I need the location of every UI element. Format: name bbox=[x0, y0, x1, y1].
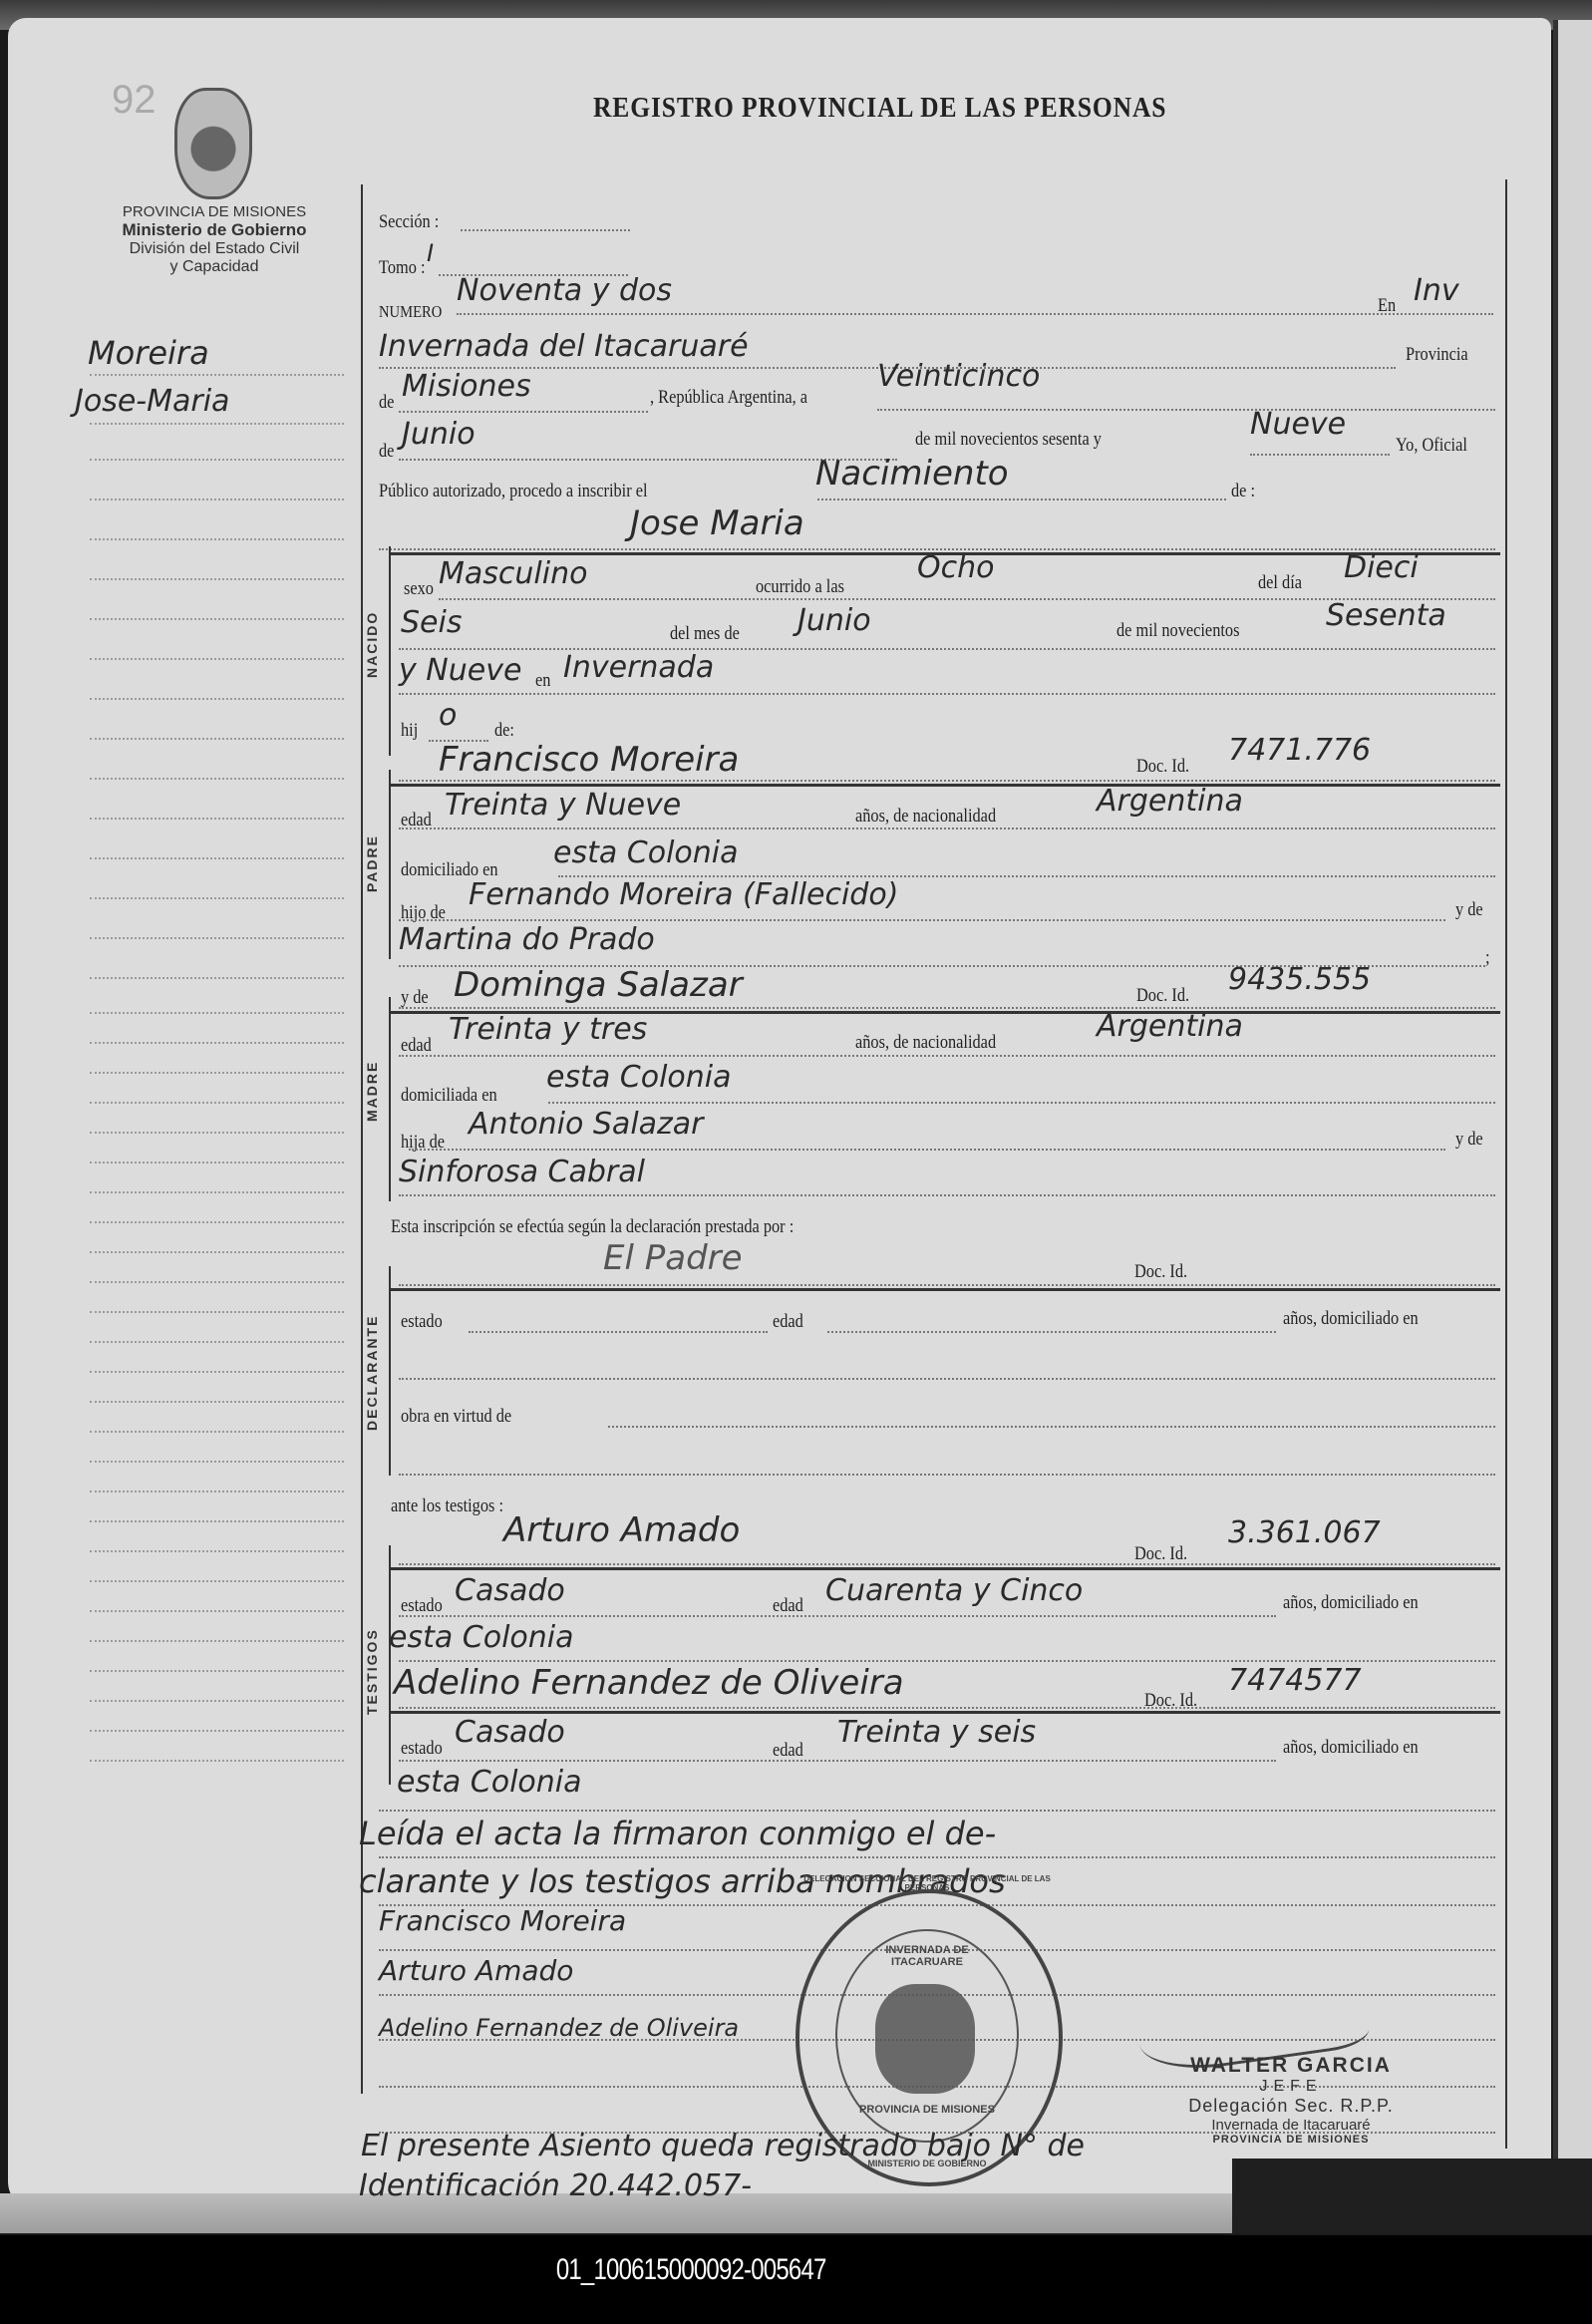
de-label-2: de bbox=[379, 441, 394, 463]
year-value: Nueve bbox=[1250, 407, 1346, 442]
seal-inner-top-text: INVERNADA DE ITACARUARE bbox=[867, 1944, 987, 1968]
hour-value: Ocho bbox=[917, 550, 994, 585]
mother-doc-label: Doc. Id. bbox=[1136, 985, 1189, 1007]
father-nacionalidad-label: años, de nacionalidad bbox=[855, 806, 996, 828]
paternal-grandmother: Martina do Prado bbox=[399, 922, 655, 957]
official-role: JEFE bbox=[1141, 2078, 1440, 2096]
witness-1-domicilio-label: años, domiciliado en bbox=[1283, 1592, 1419, 1614]
month-of-birth: Junio bbox=[797, 603, 871, 638]
seal-outer-text: DELEGACION SECCIONAL DEL REGISTRO PROVIN… bbox=[797, 1874, 1057, 1892]
closing-text-line-1: Leída el acta la firmaron conmigo el de- bbox=[359, 1815, 996, 1852]
publico-label: Público autorizado, procedo a inscribir … bbox=[379, 481, 648, 502]
official-name: WALTER GARCIA bbox=[1141, 2054, 1440, 2078]
document-title: REGISTRO PROVINCIAL DE LAS PERSONAS bbox=[593, 92, 1166, 125]
declarante-estado-field-line bbox=[469, 1331, 768, 1333]
maternal-grandfather: Antonio Salazar bbox=[469, 1107, 704, 1142]
declarante-edad-label: edad bbox=[773, 1311, 803, 1333]
form-left-border bbox=[361, 184, 363, 2094]
hij-value: o bbox=[439, 698, 457, 733]
ministry-block: PROVINCIA DE MISIONES Ministerio de Gobi… bbox=[55, 203, 374, 276]
paternal-grandfather-field-line bbox=[399, 919, 1445, 921]
mother-domicilio-label: domiciliada en bbox=[401, 1085, 497, 1107]
witness-1-name-field-line bbox=[399, 1563, 1495, 1565]
de-colon-birth-label: de: bbox=[494, 720, 514, 742]
witness-2-estado-value: Casado bbox=[455, 1715, 565, 1750]
witness-2-edad-value: Treinta y seis bbox=[837, 1715, 1036, 1750]
nacido-section-label: NACIDO bbox=[364, 611, 380, 678]
mother-name: Dominga Salazar bbox=[454, 965, 743, 1005]
father-nacionalidad-value: Argentina bbox=[1097, 784, 1243, 819]
numero-value: Noventa y dos bbox=[457, 273, 672, 308]
margin-surname: Moreira bbox=[88, 334, 209, 372]
annotation-line-2: Identificación 20.442.057- bbox=[359, 2168, 752, 2203]
witness-2-domicilio-value: esta Colonia bbox=[397, 1765, 582, 1800]
declarante-doc-label: Doc. Id. bbox=[1134, 1261, 1187, 1283]
signature-witness-1: Arturo Amado bbox=[379, 1954, 573, 1987]
year-of-birth-label: de mil novecientos bbox=[1116, 620, 1239, 642]
annotation-line-1: El presente Asiento queda registrado baj… bbox=[361, 2129, 1085, 2163]
mother-edad-label: edad bbox=[401, 1035, 432, 1057]
numero-label: NUMERO bbox=[379, 302, 442, 322]
seal-emblem-icon bbox=[875, 1984, 975, 2094]
witness-1-estado-label: estado bbox=[401, 1595, 443, 1617]
mother-edad-field-line bbox=[399, 1055, 1495, 1057]
tomo-label: Tomo : bbox=[379, 257, 426, 279]
declarante-name: El Padre bbox=[603, 1238, 743, 1278]
ministry-name: Ministerio de Gobierno bbox=[55, 220, 374, 240]
declarante-name-field-line bbox=[399, 1284, 1495, 1286]
image-code: 01_100615000092-005647 bbox=[556, 2235, 826, 2305]
month-value: Junio bbox=[402, 417, 476, 452]
father-name-field-line bbox=[399, 780, 1495, 782]
de-colon-label: de : bbox=[1231, 481, 1255, 502]
province-field-line bbox=[399, 411, 648, 413]
declarante-bracket bbox=[389, 1266, 391, 1476]
seccion-field-line bbox=[461, 229, 630, 231]
sexo-value: Masculino bbox=[439, 556, 587, 591]
maternal-grandmother: Sinforosa Cabral bbox=[399, 1155, 645, 1189]
binding-shadow bbox=[1232, 2158, 1592, 2233]
witness-2-estado-label: estado bbox=[401, 1738, 443, 1760]
place-value: Invernada del Itacaruaré bbox=[379, 329, 749, 364]
official-province: PROVINCIA DE MISIONES bbox=[1141, 2134, 1440, 2146]
mother-nacionalidad-value: Argentina bbox=[1097, 1009, 1243, 1044]
semicolon: ; bbox=[1485, 947, 1490, 969]
witness-2-edad-label: edad bbox=[773, 1740, 803, 1762]
father-edad-value: Treinta y Nueve bbox=[445, 788, 681, 823]
witness-1-doc-value: 3.361.067 bbox=[1228, 1515, 1381, 1550]
closing-line-2-rule bbox=[379, 1856, 1495, 1858]
mother-y-de-label: y de bbox=[401, 987, 429, 1009]
province-value: Misiones bbox=[402, 369, 531, 404]
witness-2-name-field-line bbox=[399, 1707, 1495, 1709]
obra-label: obra en virtud de bbox=[401, 1406, 511, 1428]
year-field-line bbox=[1250, 454, 1390, 456]
declarante-domicilio-field-line bbox=[399, 1378, 1495, 1380]
day-of-birth-1: Dieci bbox=[1344, 550, 1419, 585]
mother-name-field-line bbox=[399, 1007, 1495, 1009]
official-delegation: Delegación Sec. R.P.P. bbox=[1141, 2096, 1440, 2117]
witness-1-doc-label: Doc. Id. bbox=[1134, 1543, 1187, 1565]
witness-2-domicilio-label: años, domiciliado en bbox=[1283, 1737, 1419, 1759]
padre-bracket bbox=[389, 770, 391, 959]
day-field-line bbox=[877, 409, 1495, 411]
declarante-extra-field-line bbox=[399, 1474, 1495, 1476]
division-name-2: y Capacidad bbox=[55, 258, 374, 276]
hij-label: hij bbox=[401, 720, 418, 742]
mother-nacionalidad-label: años, de nacionalidad bbox=[855, 1032, 996, 1054]
margin-given-names: Jose-Maria bbox=[75, 384, 229, 419]
padre-section-label: PADRE bbox=[364, 834, 380, 892]
section-divider bbox=[389, 784, 1500, 787]
witness-1-name: Arturo Amado bbox=[503, 1510, 740, 1550]
official-location: Invernada de Itacaruaré bbox=[1141, 2117, 1440, 2134]
coat-of-arms-icon bbox=[174, 88, 252, 199]
en-birth-label: en bbox=[535, 670, 550, 692]
seccion-label: Sección : bbox=[379, 211, 439, 233]
day-of-birth-2: Seis bbox=[401, 605, 462, 640]
tomo-value: I bbox=[427, 239, 434, 267]
witness-2-name: Adelino Fernandez de Oliveira bbox=[394, 1663, 904, 1703]
declarante-section-label: DECLARANTE bbox=[364, 1315, 380, 1431]
paternal-grandfather: Fernando Moreira (Fallecido) bbox=[469, 877, 898, 912]
child-name-value: Jose Maria bbox=[630, 503, 804, 543]
province-name: PROVINCIA DE MISIONES bbox=[55, 203, 374, 220]
year-label: de mil novecientos sesenta y bbox=[915, 429, 1102, 451]
day-value: Veinticinco bbox=[877, 359, 1040, 394]
birth-place-value: Invernada bbox=[563, 650, 714, 685]
father-domicilio-value: esta Colonia bbox=[553, 835, 739, 870]
mother-domicilio-value: esta Colonia bbox=[546, 1060, 732, 1095]
witness-1-domicilio-value: esta Colonia bbox=[389, 1620, 574, 1655]
witness-2-estado-field-line bbox=[399, 1760, 1276, 1762]
form-right-border bbox=[1505, 179, 1507, 2149]
mother-doc-value: 9435.555 bbox=[1228, 962, 1371, 997]
testigos-intro: ante los testigos : bbox=[391, 1495, 503, 1517]
witness-1-edad-value: Cuarenta y Cinco bbox=[825, 1573, 1083, 1608]
division-name: División del Estado Civil bbox=[55, 240, 374, 258]
testigos-bracket bbox=[389, 1545, 391, 1785]
mother-domicilio-field-line bbox=[548, 1102, 1495, 1104]
obra-field-line bbox=[608, 1426, 1495, 1428]
signature-witness-2: Adelino Fernandez de Oliveira bbox=[379, 2014, 739, 2042]
ocurrido-label: ocurrido a las bbox=[756, 576, 844, 598]
sexo-label: sexo bbox=[404, 578, 434, 600]
provincia-label: Provincia bbox=[1406, 344, 1468, 366]
birth-place-field-line bbox=[399, 693, 1495, 695]
madre-section-label: MADRE bbox=[364, 1061, 380, 1122]
oficial-label: Yo, Oficial bbox=[1396, 435, 1467, 457]
image-code-bar: 01_100615000092-005647 bbox=[0, 2235, 1592, 2324]
official-signature-block: WALTER GARCIA JEFE Delegación Sec. R.P.P… bbox=[1141, 2054, 1440, 2146]
father-edad-field-line bbox=[399, 828, 1495, 830]
en-value: Inv bbox=[1414, 273, 1459, 308]
section-divider bbox=[389, 1567, 1500, 1570]
act-type-field-line bbox=[817, 498, 1226, 500]
del-dia-label: del día bbox=[1258, 572, 1302, 594]
witness-1-domicilio-field-line bbox=[399, 1660, 1495, 1662]
signature-father: Francisco Moreira bbox=[379, 1904, 626, 1937]
year-of-birth-2: y Nueve bbox=[399, 653, 521, 688]
father-doc-value: 7471.776 bbox=[1228, 733, 1371, 768]
declarante-intro: Esta inscripción se efectúa según la dec… bbox=[391, 1216, 794, 1238]
madre-bracket bbox=[389, 997, 391, 1201]
declarante-edad-field-line bbox=[827, 1331, 1276, 1333]
father-y-de-label: y de bbox=[1455, 899, 1483, 921]
section-divider bbox=[389, 1288, 1500, 1291]
testigos-section-label: TESTIGOS bbox=[364, 1628, 380, 1715]
declarante-domicilio-label: años, domiciliado en bbox=[1283, 1308, 1419, 1330]
witness-1-estado-value: Casado bbox=[455, 1573, 565, 1608]
father-doc-label: Doc. Id. bbox=[1136, 756, 1189, 778]
witness-1-estado-field-line bbox=[399, 1615, 1276, 1617]
father-name: Francisco Moreira bbox=[439, 740, 739, 780]
seal-inner-bottom-text: PROVINCIA DE MISIONES bbox=[857, 2104, 997, 2116]
year-of-birth-1: Sesenta bbox=[1326, 598, 1446, 633]
folio-number: 92 bbox=[112, 78, 157, 123]
republica-label: , República Argentina, a bbox=[650, 387, 807, 409]
mes-label: del mes de bbox=[670, 623, 740, 645]
maternal-grandmother-field-line bbox=[399, 1194, 1495, 1196]
witness-1-edad-label: edad bbox=[773, 1595, 803, 1617]
witness-2-doc-value: 7474577 bbox=[1228, 1663, 1362, 1698]
maternal-grandfather-field-line bbox=[409, 1149, 1445, 1151]
mother-edad-value: Treinta y tres bbox=[449, 1012, 647, 1047]
nacido-bracket bbox=[389, 546, 391, 756]
closing-line-1-rule bbox=[379, 1810, 1495, 1812]
facing-page-edge bbox=[1553, 20, 1592, 2193]
section-divider bbox=[389, 1711, 1500, 1714]
numero-field-line bbox=[457, 313, 1493, 315]
de-label-1: de bbox=[379, 392, 394, 414]
declarante-estado-label: estado bbox=[401, 1311, 443, 1333]
mother-y-de-label-2: y de bbox=[1455, 1129, 1483, 1151]
act-type-value: Nacimiento bbox=[815, 454, 1009, 494]
